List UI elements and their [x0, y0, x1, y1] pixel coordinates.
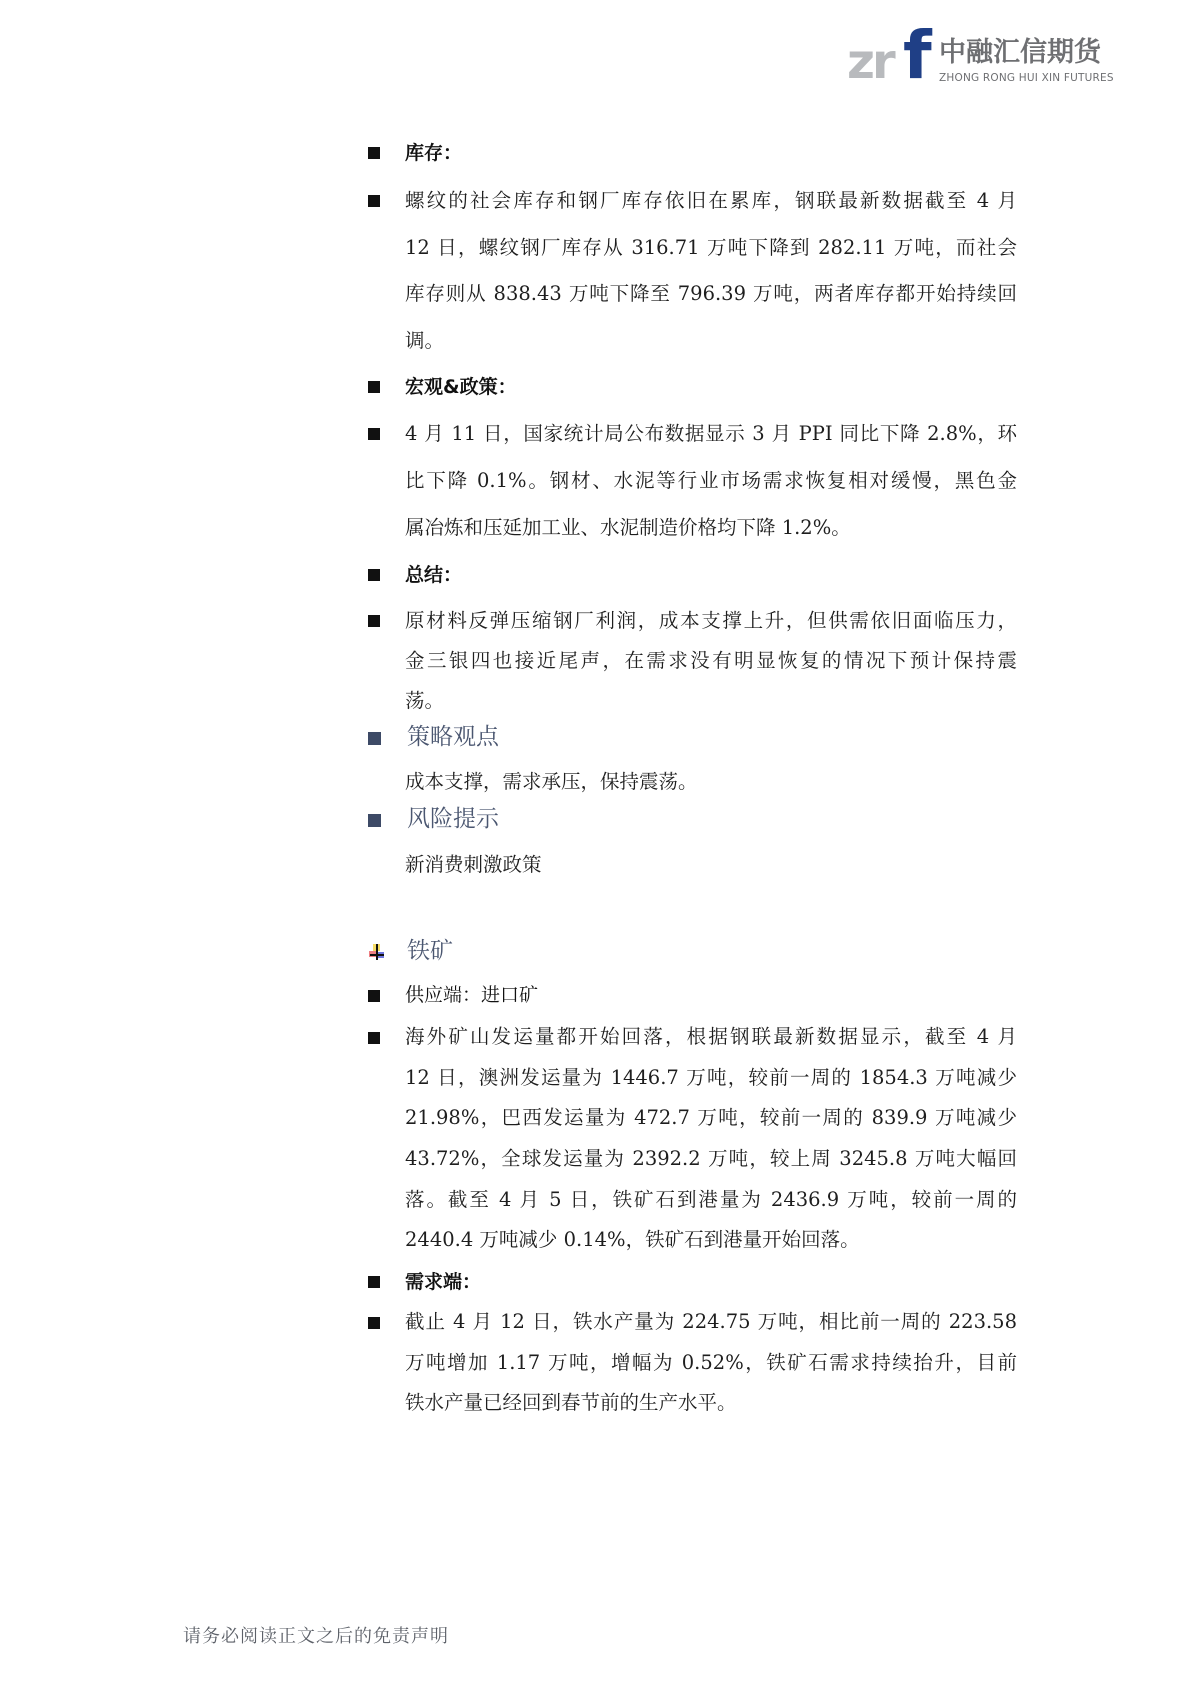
supply-line-5: 落。截至 4 月 5 日，铁矿石到港量为 2436.9 万吨，较前一周的 [405, 1188, 1017, 1212]
macro-line-1: 4 月 11 日，国家统计局公布数据显示 3 月 PPI 同比下降 2.8%，环 [405, 422, 1017, 446]
square-bullet-icon [368, 1276, 380, 1288]
logo-name-cn: 中融汇信期货 [939, 38, 1101, 68]
iron-ore-title: 铁矿 [407, 939, 453, 963]
logo-mark-f: f [903, 28, 932, 84]
supply-line-4: 43.72%，全球发运量为 2392.2 万吨，较上周 3245.8 万吨大幅回 [405, 1147, 1017, 1171]
square-bullet-icon [368, 990, 380, 1002]
section-marker-icon [368, 943, 386, 961]
logo-mark-zr: zr [847, 42, 893, 82]
macro-line-3: 属冶炼和压延加工业、水泥制造价格均下降 1.2%。 [405, 516, 851, 540]
inventory-line-2: 12 日，螺纹钢厂库存从 316.71 万吨下降到 282.11 万吨，而社会 [405, 236, 1017, 260]
inventory-line-4: 调。 [405, 329, 444, 353]
square-bullet-icon [368, 381, 380, 393]
summary-line-3: 荡。 [405, 689, 444, 713]
summary-line-2: 金三银四也接近尾声，在需求没有明显恢复的情况下预计保持震 [405, 649, 1017, 673]
strategy-heading: 策略观点 [407, 725, 499, 749]
supply-line-2: 12 日，澳洲发运量为 1446.7 万吨，较前一周的 1854.3 万吨减少 [405, 1066, 1017, 1090]
demand-line-3: 铁水产量已经回到春节前的生产水平。 [405, 1391, 737, 1415]
summary-line-1: 原材料反弹压缩钢厂利润，成本支撑上升，但供需依旧面临压力， [405, 609, 1017, 633]
logo-name-en: ZHONG RONG HUI XIN FUTURES [939, 72, 1114, 84]
square-bullet-icon [368, 569, 380, 581]
macro-heading: 宏观&政策： [405, 375, 517, 399]
demand-line-2: 万吨增加 1.17 万吨，增幅为 0.52%，铁矿石需求持续抬升，目前 [405, 1351, 1017, 1375]
square-bullet-icon [368, 1317, 380, 1329]
risk-heading: 风险提示 [407, 807, 499, 831]
supply-line-6: 2440.4 万吨减少 0.14%，铁矿石到港量开始回落。 [405, 1228, 860, 1252]
square-bullet-icon [368, 814, 381, 827]
disclaimer-footer: 请务必阅读正文之后的免责声明 [183, 1622, 449, 1648]
square-bullet-icon [368, 1032, 380, 1044]
square-bullet-icon [368, 732, 381, 745]
supply-line-1: 海外矿山发运量都开始回落，根据钢联最新数据显示，截至 4 月 [405, 1025, 1017, 1049]
inventory-line-1: 螺纹的社会库存和钢厂库存依旧在累库，钢联最新数据截至 4 月 [405, 189, 1017, 213]
square-bullet-icon [368, 428, 380, 440]
inventory-line-3: 库存则从 838.43 万吨下降至 796.39 万吨，两者库存都开始持续回 [405, 282, 1017, 306]
company-logo: zr f 中融汇信期货 ZHONG RONG HUI XIN FUTURES [847, 28, 1117, 88]
square-bullet-icon [368, 615, 380, 627]
demand-heading: 需求端： [405, 1270, 481, 1294]
supply-heading: 供应端：进口矿 [405, 983, 538, 1007]
inventory-heading: 库存： [405, 141, 462, 165]
square-bullet-icon [368, 147, 380, 159]
risk-text: 新消费刺激政策 [405, 853, 542, 877]
macro-line-2: 比下降 0.1%。钢材、水泥等行业市场需求恢复相对缓慢，黑色金 [405, 469, 1017, 493]
supply-line-3: 21.98%，巴西发运量为 472.7 万吨，较前一周的 839.9 万吨减少 [405, 1106, 1017, 1130]
demand-line-1: 截止 4 月 12 日，铁水产量为 224.75 万吨，相比前一周的 223.5… [405, 1310, 1017, 1334]
summary-heading: 总结： [405, 563, 462, 587]
strategy-text: 成本支撑，需求承压，保持震荡。 [405, 770, 698, 794]
square-bullet-icon [368, 195, 380, 207]
